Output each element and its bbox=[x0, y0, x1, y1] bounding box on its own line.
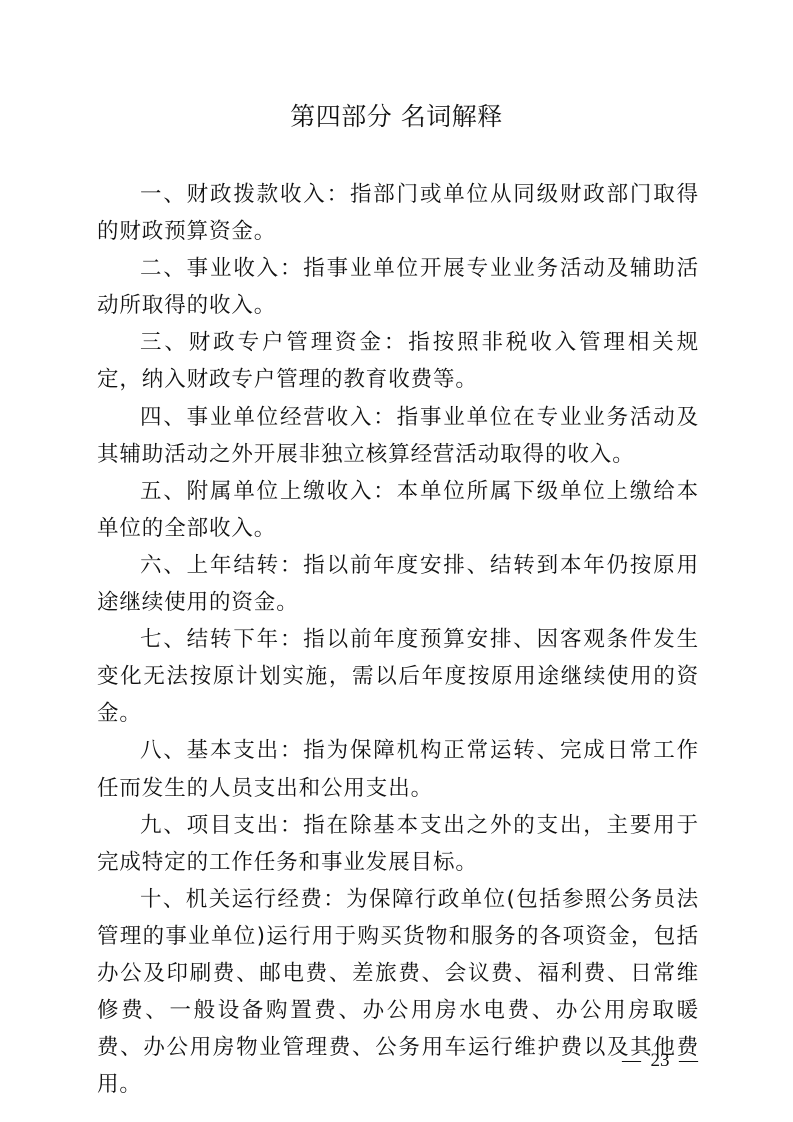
definition-paragraph-4: 四、事业单位经营收入：指事业单位在专业业务活动及其辅助活动之外开展非独立核算经营… bbox=[97, 399, 699, 473]
document-page: 第四部分 名词解释 一、财政拨款收入：指部门或单位从同级财政部门取得的财政预算资… bbox=[0, 0, 793, 1122]
section-title: 第四部分 名词解释 bbox=[0, 100, 793, 134]
definition-paragraph-6: 六、上年结转：指以前年度安排、结转到本年仍按原用途继续使用的资金。 bbox=[97, 547, 699, 621]
definition-paragraph-3: 三、财政专户管理资金：指按照非税收入管理相关规定，纳入财政专户管理的教育收费等。 bbox=[97, 324, 699, 398]
definition-paragraph-10: 十、机关运行经费：为保障行政单位(包括参照公务员法管理的事业单位)运行用于购买货… bbox=[97, 881, 699, 1104]
definition-paragraph-8: 八、基本支出：指为保障机构正常运转、完成日常工作任而发生的人员支出和公用支出。 bbox=[97, 732, 699, 806]
definitions-list: 一、财政拨款收入：指部门或单位从同级财政部门取得的财政预算资金。 二、事业收入：… bbox=[97, 176, 699, 1103]
page-number: — 23 — bbox=[620, 1048, 700, 1074]
definition-paragraph-5: 五、附属单位上缴收入：本单位所属下级单位上缴给本单位的全部收入。 bbox=[97, 473, 699, 547]
definition-paragraph-7: 七、结转下年：指以前年度预算安排、因客观条件发生变化无法按原计划实施，需以后年度… bbox=[97, 621, 699, 732]
definition-paragraph-1: 一、财政拨款收入：指部门或单位从同级财政部门取得的财政预算资金。 bbox=[97, 176, 699, 250]
definition-paragraph-9: 九、项目支出：指在除基本支出之外的支出，主要用于完成特定的工作任务和事业发展目标… bbox=[97, 807, 699, 881]
definition-paragraph-2: 二、事业收入：指事业单位开展专业业务活动及辅助活动所取得的收入。 bbox=[97, 250, 699, 324]
